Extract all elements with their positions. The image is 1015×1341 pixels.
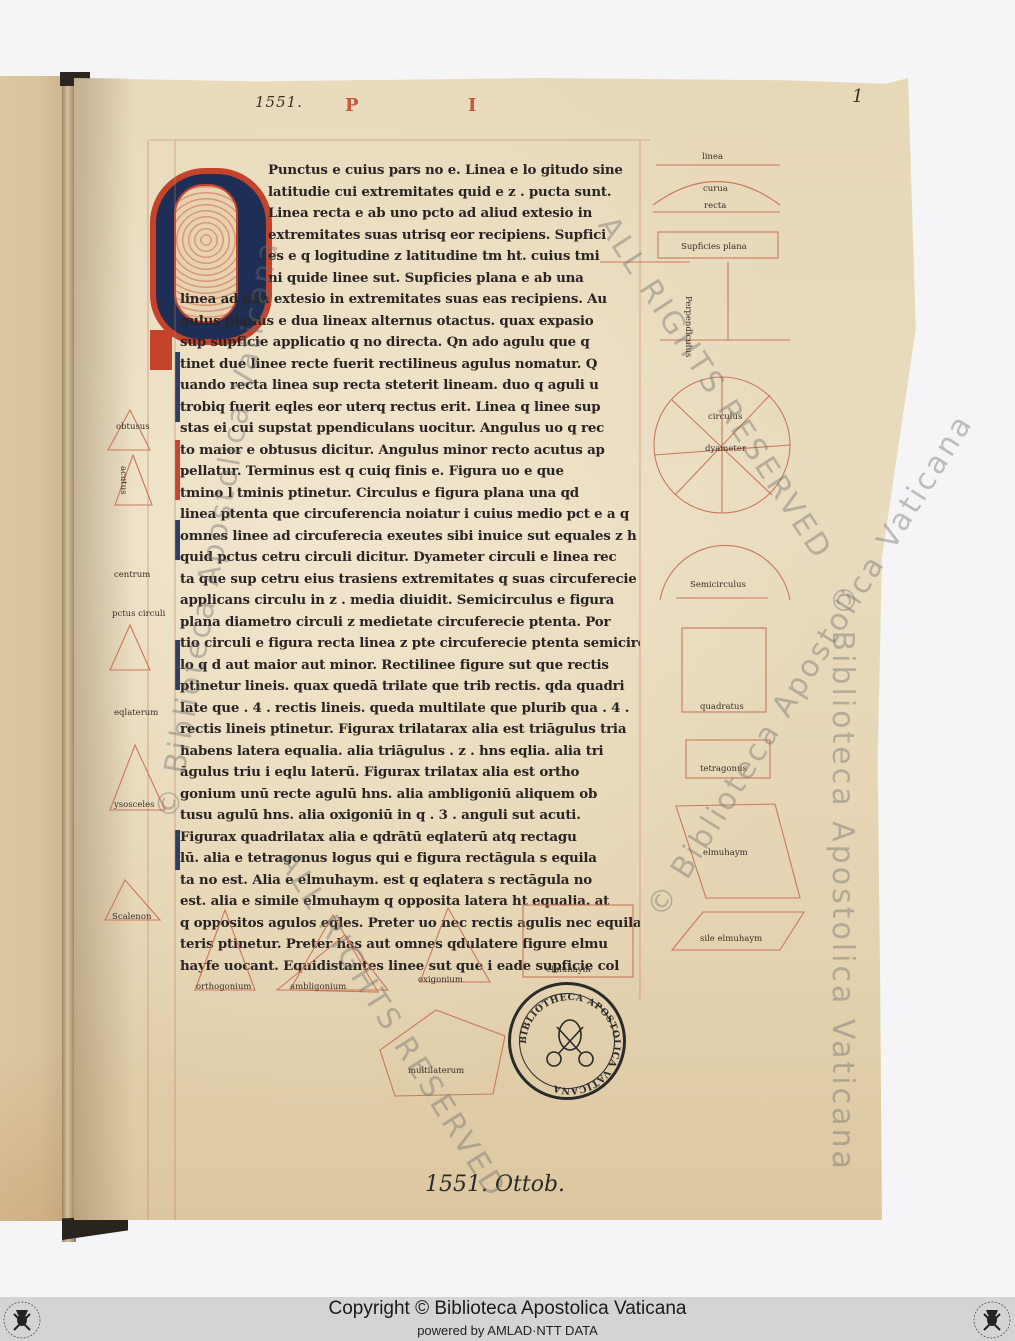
margin-label-ysosceles: ysosceles: [114, 800, 155, 810]
margin-label-eqlaterum: eqlaterum: [114, 708, 158, 718]
diagram-label-superficies-plana: Supficies plana: [681, 242, 747, 252]
copyright-text: Copyright © Biblioteca Apostolica Vatica…: [0, 1298, 1015, 1320]
copyright-footer: Copyright © Biblioteca Apostolica Vatica…: [0, 1297, 1015, 1341]
image-viewer[interactable]: 1551. P I 1 Punctus e cuius pars no e. L…: [0, 0, 1015, 1297]
diagram-label-linea: linea: [702, 152, 723, 162]
diagram-label-curua: curua: [703, 184, 728, 194]
margin-label-scalenon: Scalenon: [112, 912, 151, 922]
bottom-label-elmuhaym: elmuhaym: [546, 965, 591, 975]
bottom-label-oxigonium: oxigonium: [418, 975, 463, 985]
watermark-biblioteca-right: © Biblioteca Apostolica Vaticana: [825, 585, 860, 1172]
bottom-label-orthogonium: orthogonium: [196, 982, 251, 992]
margin-label-acutus: acutus: [118, 466, 128, 495]
diagram-label-recta: recta: [704, 201, 726, 211]
bottom-label-ambligonium: ambligonium: [290, 982, 346, 992]
diagram-label-quadratus: quadratus: [700, 702, 744, 712]
margin-label-pctus-circuli: pctus circuli: [112, 609, 165, 619]
diagram-label-sile-elmuhaym: sile elmuhaym: [700, 934, 762, 944]
svg-text:BIBLIOTHECA APOSTOLICA VATICAN: BIBLIOTHECA APOSTOLICA VATICANA: [518, 992, 622, 1096]
library-stamp: BIBLIOTHECA APOSTOLICA VATICANA: [508, 982, 626, 1100]
vatican-library-emblem-icon: [972, 1300, 1012, 1340]
margin-label-punctus: centrum: [114, 570, 150, 580]
diagram-label-semicirculus: Semicirculus: [690, 580, 746, 590]
geometry-diagrams: [0, 0, 1015, 1297]
margin-label-obtusus: obtusus: [116, 422, 150, 432]
powered-by-text: powered by AMLAD·NTT DATA: [0, 1323, 1015, 1338]
